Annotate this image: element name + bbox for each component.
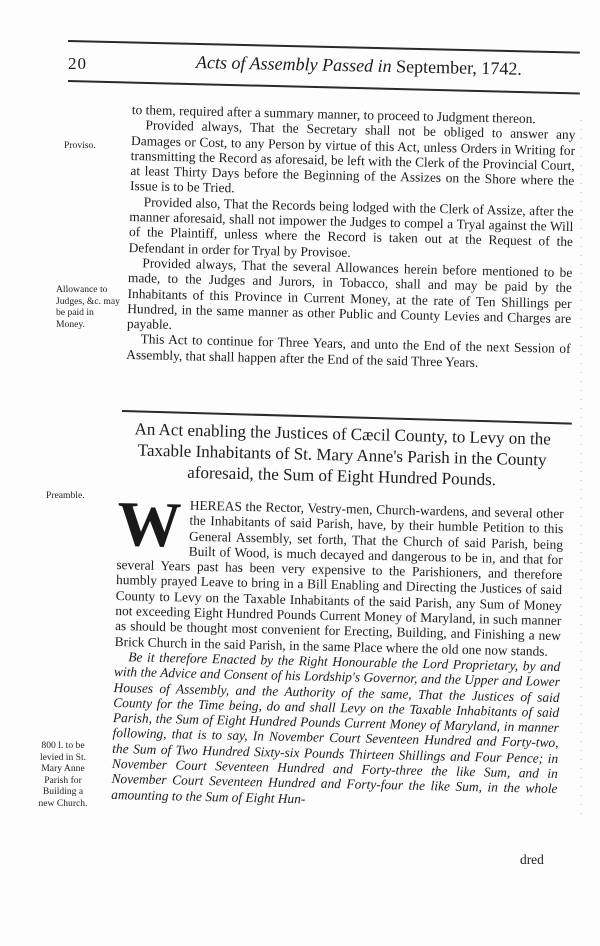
scan-edge-noise [580, 120, 582, 820]
margin-note-levy: 800 l. to be levied in St. Mary Anne Par… [34, 740, 92, 809]
preamble-text: HEREAS the Rector, Vestry-men, Church-wa… [115, 498, 564, 659]
section-1-text: to them, required after a summary manner… [126, 102, 576, 372]
running-head-date: September, 1742. [396, 56, 522, 79]
section-2-text: W HEREAS the Rector, Vestry-men, Church-… [111, 496, 564, 812]
header-bottom-rule [68, 80, 580, 95]
margin-note-proviso: Proviso. [64, 140, 96, 152]
running-head-title: Acts of Assembly Passed in September, 17… [196, 52, 522, 80]
paragraph: Provided also, That the Records being lo… [129, 194, 574, 265]
act-title: An Act enabling the Justices of Cæcil Co… [116, 418, 567, 492]
running-head-italic: Acts of Assembly Passed in [196, 52, 392, 76]
preamble-paragraph: W HEREAS the Rector, Vestry-men, Church-… [115, 496, 564, 659]
page-number: 20 [68, 54, 87, 74]
paragraph: Provided always, That the several Allowa… [127, 255, 573, 342]
document-page: 20 Acts of Assembly Passed in September,… [0, 0, 600, 946]
enacting-paragraph: Be it therefore Enacted by the Right Hon… [111, 649, 560, 812]
running-head: 20 Acts of Assembly Passed in September,… [68, 50, 580, 78]
catchword: dred [520, 852, 544, 868]
paragraph: Provided always, That the Secretary shal… [130, 117, 576, 204]
margin-note-allowance: Allowance to Judges, &c. may be paid in … [56, 284, 120, 330]
margin-note-preamble: Preamble. [46, 490, 85, 502]
drop-cap: W [117, 498, 182, 551]
